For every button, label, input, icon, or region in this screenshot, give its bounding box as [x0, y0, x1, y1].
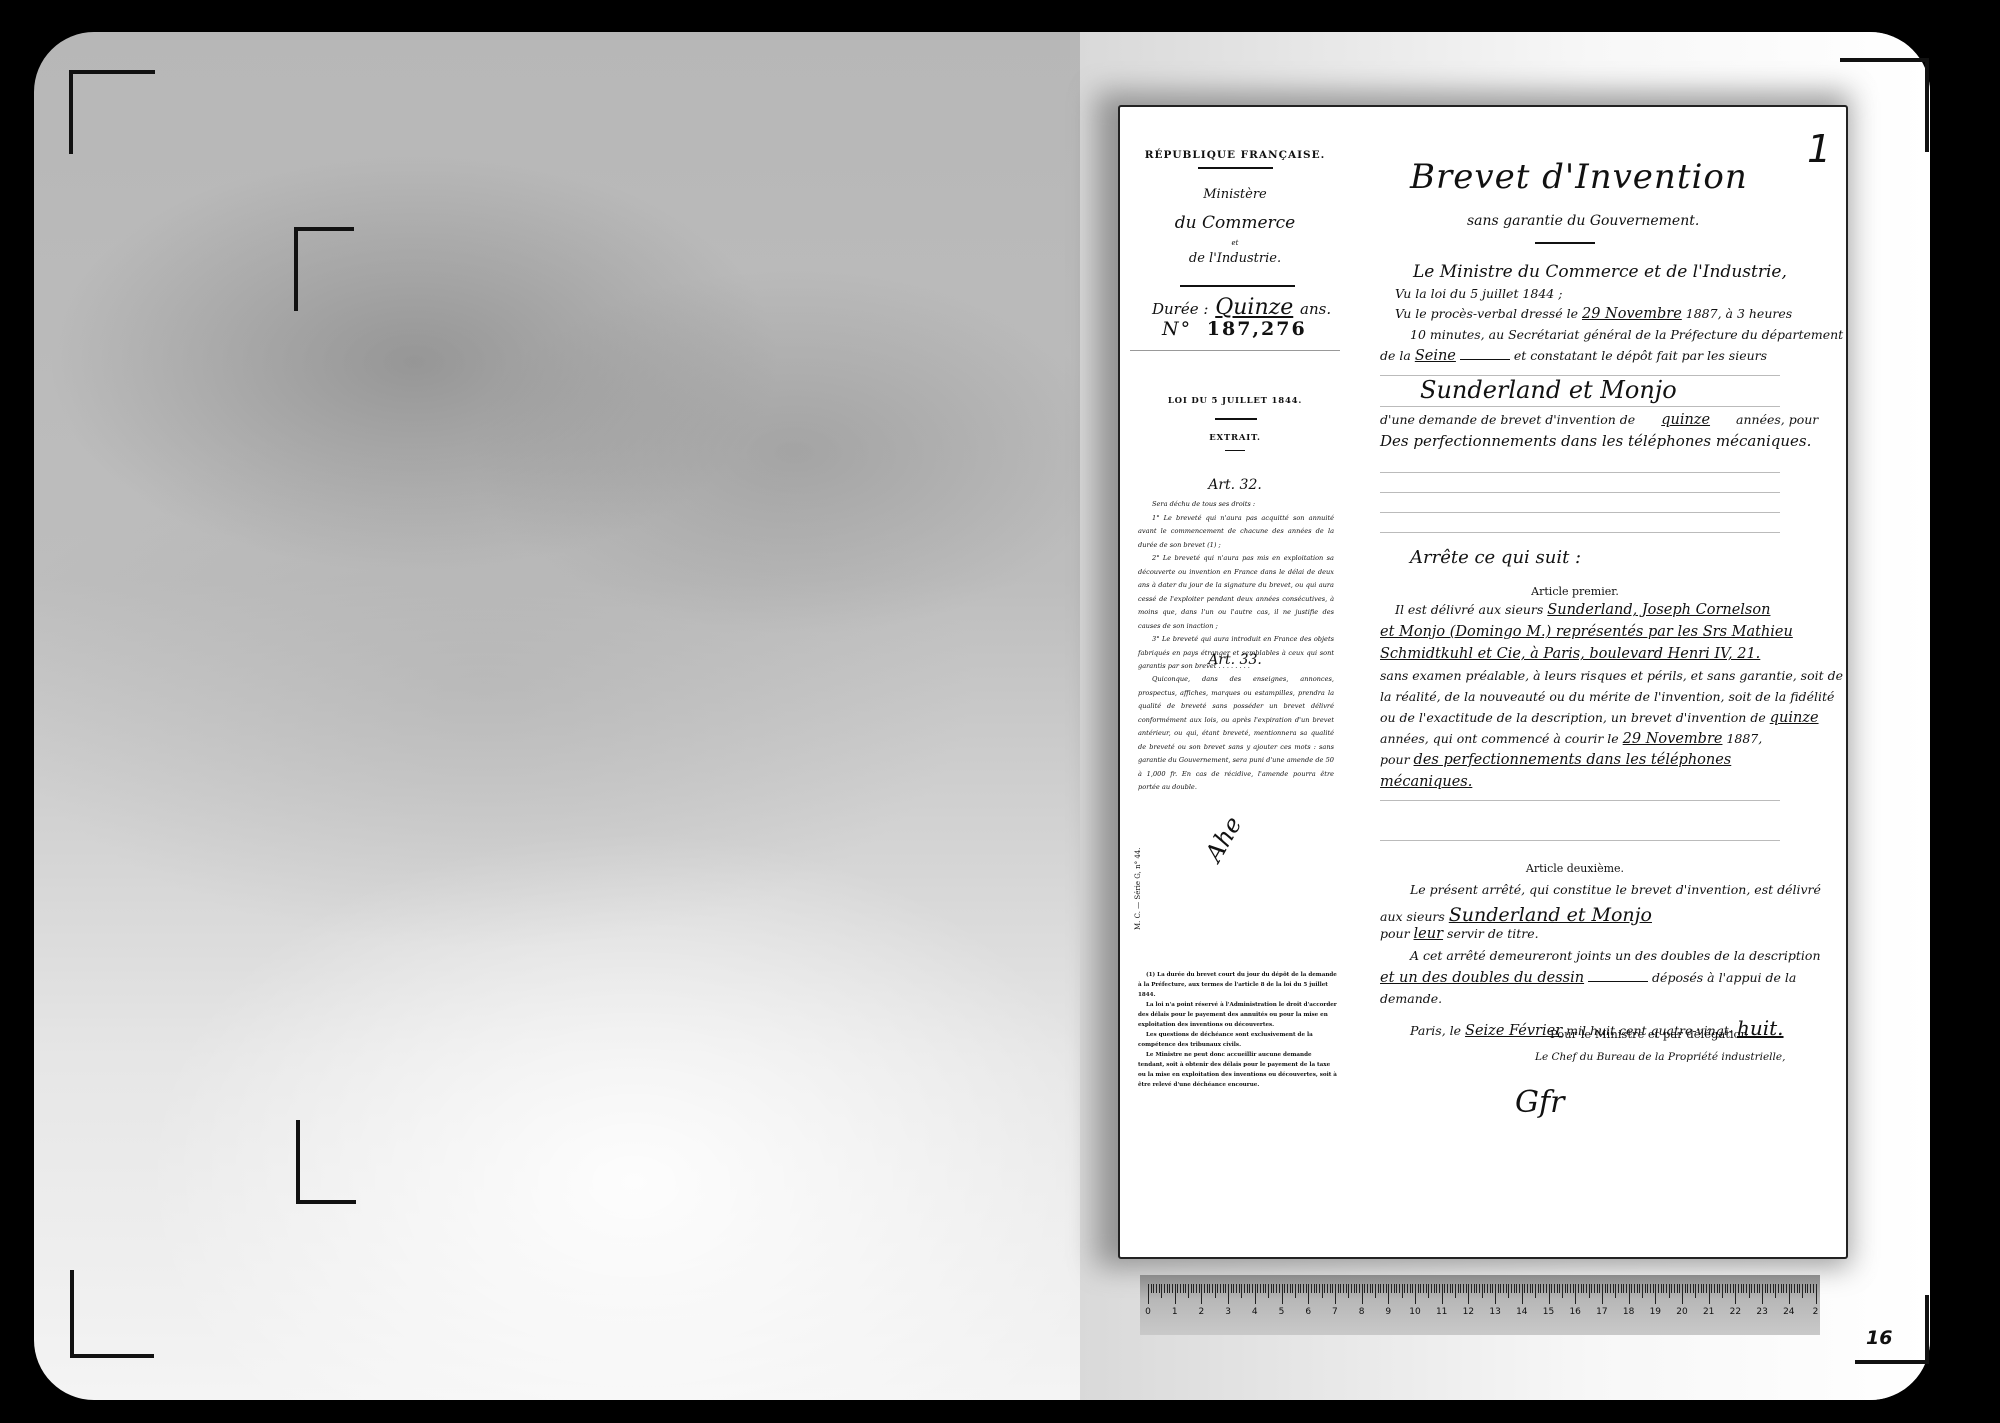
ruler-tick — [1233, 1284, 1234, 1293]
ruler-tick — [1188, 1284, 1189, 1298]
ruler-tick — [1231, 1284, 1232, 1293]
ruler-tick — [1468, 1284, 1469, 1304]
ruler-tick — [1426, 1284, 1427, 1293]
ruler-tick — [1500, 1284, 1501, 1293]
number-value: 187,276 — [1207, 318, 1307, 340]
duration-label: Durée : — [1152, 300, 1208, 318]
ruler-tick — [1597, 1284, 1598, 1293]
ruler-tick — [1559, 1284, 1560, 1293]
ruler-tick — [1348, 1284, 1349, 1298]
footnote: La loi n'a point réservé à l'Administrat… — [1138, 1000, 1338, 1030]
ruler-tick — [1786, 1284, 1787, 1293]
ruler-tick — [1279, 1284, 1280, 1293]
ruler-tick — [1575, 1284, 1576, 1304]
ruler-label: 21 — [1703, 1307, 1714, 1317]
ruler-tick — [1810, 1284, 1811, 1293]
ruler-tick — [1581, 1284, 1582, 1293]
ruler-tick — [1685, 1284, 1686, 1293]
ruler-tick — [1156, 1284, 1157, 1293]
ministry-line1: Ministère — [1130, 187, 1340, 202]
ruler-tick — [1153, 1284, 1154, 1293]
ruler-label: 11 — [1436, 1307, 1447, 1317]
ruler-tick — [1813, 1284, 1814, 1293]
ruler-tick — [1816, 1284, 1817, 1304]
ruler-tick — [1679, 1284, 1680, 1293]
ruler-tick — [1669, 1284, 1670, 1298]
ruler-tick — [1783, 1284, 1784, 1293]
ruler-tick — [1773, 1284, 1774, 1293]
ruler-tick — [1714, 1284, 1715, 1293]
ruler-tick — [1306, 1284, 1307, 1293]
ruler-tick — [1701, 1284, 1702, 1293]
ruler-tick — [1693, 1284, 1694, 1293]
ruler-tick — [1551, 1284, 1552, 1293]
ruler-label: 5 — [1279, 1307, 1285, 1317]
ruler-tick — [1452, 1284, 1453, 1293]
article1-line: pour des perfectionnements dans les télé… — [1380, 752, 1765, 768]
ruler-tick — [1778, 1284, 1779, 1293]
ruler-tick — [1471, 1284, 1472, 1293]
ruler-tick — [1271, 1284, 1272, 1293]
ruler-tick — [1330, 1284, 1331, 1293]
ruler-tick — [1794, 1284, 1795, 1293]
ruler-tick — [1380, 1284, 1381, 1293]
ruler-tick — [1458, 1284, 1459, 1293]
ruler-tick — [1276, 1284, 1277, 1293]
preamble-text: années, pour — [1736, 412, 1818, 427]
ruler-tick — [1164, 1284, 1165, 1293]
ruler-tick — [1738, 1284, 1739, 1293]
duration-value: Quinze — [1215, 295, 1293, 320]
article-text: Le présent arrêté, qui constitue le brev… — [1410, 882, 1821, 897]
ruler-label: 9 — [1385, 1307, 1391, 1317]
article1-line: et Monjo (Domingo M.) représentés par le… — [1380, 624, 1765, 640]
ruler-tick — [1177, 1284, 1178, 1293]
law-title: LOI DU 5 JUILLET 1844. — [1130, 396, 1340, 406]
handwritten-applicants: Sunderland et Monjo — [1449, 904, 1652, 926]
ruler-tick — [1570, 1284, 1571, 1293]
article2-line: aux sieurs Sunderland et Monjo — [1380, 904, 1765, 926]
article-text: pour — [1380, 752, 1410, 767]
handwritten-names: et Monjo (Domingo M.) représentés par le… — [1380, 624, 1793, 640]
handwritten-address: Schmidtkuhl et Cie, à Paris, boulevard H… — [1380, 646, 1760, 662]
ruler-tick — [1749, 1284, 1750, 1298]
crop-mark-top-left — [69, 70, 155, 154]
handwritten-signature: Gfr — [1515, 1085, 1564, 1120]
ruler-tick — [1690, 1284, 1691, 1293]
preamble-line: Vu la loi du 5 juillet 1844 ; — [1395, 286, 1780, 301]
ruler-tick — [1567, 1284, 1568, 1293]
ruler-tick — [1727, 1284, 1728, 1293]
ruler-tick — [1265, 1284, 1266, 1293]
ruler-label: 6 — [1305, 1307, 1311, 1317]
ruler-label: 18 — [1623, 1307, 1634, 1317]
ruler-tick — [1193, 1284, 1194, 1293]
ruler-tick — [1161, 1284, 1162, 1298]
ruler-tick — [1439, 1284, 1440, 1293]
handwritten-names: Sunderland, Joseph Cornelson — [1547, 602, 1770, 618]
ruler-tick — [1220, 1284, 1221, 1293]
ruler-tick — [1244, 1284, 1245, 1293]
ministry-line4: de l'Industrie. — [1130, 251, 1340, 266]
ruler-tick — [1351, 1284, 1352, 1293]
signature-line2: Le Chef du Bureau de la Propriété indust… — [1535, 1051, 1785, 1063]
preamble-line: Vu le procès-verbal dressé le 29 Novembr… — [1395, 306, 1780, 322]
preamble-text: et constatant le dépôt fait par les sieu… — [1514, 348, 1767, 363]
ruler-tick — [1335, 1284, 1336, 1304]
preamble-line: d'une demande de brevet d'invention de q… — [1380, 412, 1765, 428]
ruler-tick — [1196, 1284, 1197, 1293]
ruler-tick — [1292, 1284, 1293, 1293]
ruler-tick — [1530, 1284, 1531, 1293]
ruler-tick — [1578, 1284, 1579, 1293]
ruler-tick — [1591, 1284, 1592, 1293]
page-number-bottom: 16 — [1866, 1327, 1892, 1349]
article1-line: ou de l'exactitude de la description, un… — [1380, 710, 1765, 726]
ruler-tick — [1383, 1284, 1384, 1293]
ruler-tick — [1252, 1284, 1253, 1293]
ruler-tick — [1498, 1284, 1499, 1293]
ruler-tick — [1754, 1284, 1755, 1293]
ruler-tick — [1370, 1284, 1371, 1293]
ruler-tick — [1255, 1284, 1256, 1304]
ruler-tick — [1308, 1284, 1309, 1304]
ruler-tick — [1799, 1284, 1800, 1293]
footnote: Le Ministre ne peut donc accueillir aucu… — [1138, 1050, 1338, 1090]
ruler-tick — [1757, 1284, 1758, 1293]
article2-line: demande. — [1380, 991, 1765, 1006]
ruler-tick — [1522, 1284, 1523, 1304]
ruler-tick — [1204, 1284, 1205, 1293]
ruler-tick — [1463, 1284, 1464, 1293]
ruler-tick — [1802, 1284, 1803, 1298]
ruler-tick — [1725, 1284, 1726, 1293]
handwritten-subject: des perfectionnements dans les téléphone… — [1414, 752, 1732, 768]
ruler-tick — [1781, 1284, 1782, 1293]
ruler-label: 13 — [1489, 1307, 1500, 1317]
ruler-tick — [1484, 1284, 1485, 1293]
ruler-tick — [1535, 1284, 1536, 1298]
art32-paragraph: 1° Le breveté qui n'aura pas acquitté so… — [1138, 512, 1334, 553]
ruler-tick — [1543, 1284, 1544, 1293]
ruler-tick — [1466, 1284, 1467, 1293]
ruler-tick — [1151, 1284, 1152, 1293]
art33-title: Art. 33. — [1130, 652, 1340, 668]
ruler-tick — [1514, 1284, 1515, 1293]
ruler-tick — [1677, 1284, 1678, 1293]
ruler-tick — [1436, 1284, 1437, 1293]
article-text: années, qui ont commencé à courir le — [1380, 731, 1619, 746]
ruler-tick — [1631, 1284, 1632, 1293]
ruler-tick — [1613, 1284, 1614, 1293]
ruler-tick — [1375, 1284, 1376, 1298]
article-text: aux sieurs — [1380, 909, 1445, 924]
decree-heading: Arrête ce qui suit : — [1410, 547, 1581, 568]
article1-title: Article premier. — [1365, 585, 1785, 598]
ruler-tick — [1410, 1284, 1411, 1293]
ruler-tick — [1770, 1284, 1771, 1293]
ruler-tick — [1642, 1284, 1643, 1298]
ruler-tick — [1655, 1284, 1656, 1304]
ruler-tick — [1263, 1284, 1264, 1293]
ruler-tick — [1495, 1284, 1496, 1304]
ruler-tick — [1287, 1284, 1288, 1293]
document-subtitle: sans garantie du Gouvernement. — [1467, 213, 1699, 229]
ruler-tick — [1450, 1284, 1451, 1293]
ruler-tick — [1420, 1284, 1421, 1293]
article1-line: Il est délivré aux sieurs Sunderland, Jo… — [1395, 602, 1780, 618]
ruler-tick — [1332, 1284, 1333, 1293]
ruler-tick — [1298, 1284, 1299, 1293]
handwritten-word: leur — [1414, 926, 1444, 942]
ruler-label: 19 — [1650, 1307, 1661, 1317]
ruler-tick — [1412, 1284, 1413, 1293]
ruler-tick — [1519, 1284, 1520, 1293]
ruler-label: 1 — [1172, 1307, 1178, 1317]
ruler-tick — [1759, 1284, 1760, 1293]
patent-number: N° 187,276 — [1162, 318, 1307, 340]
number-label: N° — [1162, 318, 1192, 340]
ruler-tick — [1508, 1284, 1509, 1298]
ruler-tick — [1257, 1284, 1258, 1293]
ruler-label: 2 — [1199, 1307, 1205, 1317]
ruler-tick — [1562, 1284, 1563, 1298]
preamble-text: de la — [1380, 348, 1411, 363]
ruler-tick — [1236, 1284, 1237, 1293]
article1-line: sans examen préalable, à leurs risques e… — [1380, 668, 1765, 683]
ruler-tick — [1284, 1284, 1285, 1293]
ruler-tick — [1549, 1284, 1550, 1304]
crop-mark-bottom-left — [70, 1270, 154, 1358]
footnote: (1) La durée du brevet court du jour du … — [1138, 970, 1338, 1000]
ruler-tick — [1346, 1284, 1347, 1293]
ruler-tick — [1610, 1284, 1611, 1293]
ruler-tick — [1191, 1284, 1192, 1293]
document-title: Brevet d'Invention — [1410, 157, 1748, 197]
ruler-tick — [1730, 1284, 1731, 1293]
article-text: déposés à l'appui de la — [1652, 970, 1796, 985]
ruler-tick — [1706, 1284, 1707, 1293]
ruler-label: 2 — [1813, 1307, 1819, 1317]
ruled-line — [1380, 800, 1780, 801]
ruler-tick — [1653, 1284, 1654, 1293]
ruler-label: 14 — [1516, 1307, 1527, 1317]
duration-unit: ans. — [1300, 300, 1331, 318]
ruler-tick — [1260, 1284, 1261, 1293]
ruler-tick — [1634, 1284, 1635, 1293]
ruler-tick — [1618, 1284, 1619, 1293]
ruler-tick — [1399, 1284, 1400, 1293]
ruler-tick — [1516, 1284, 1517, 1293]
ruler-tick — [1167, 1284, 1168, 1293]
ruler-tick — [1442, 1284, 1443, 1304]
ruler-tick — [1201, 1284, 1202, 1304]
ruler-tick — [1394, 1284, 1395, 1293]
ruler-tick — [1709, 1284, 1710, 1304]
divider — [1130, 350, 1340, 351]
handwritten-applicants: Sunderland et Monjo — [1420, 376, 1677, 404]
ruler-tick — [1511, 1284, 1512, 1293]
crop-mark-inner-top-left — [294, 227, 354, 311]
ruler-tick — [1460, 1284, 1461, 1293]
ruler-tick — [1340, 1284, 1341, 1293]
ruler-tick — [1743, 1284, 1744, 1293]
ruler-tick — [1169, 1284, 1170, 1293]
republic-heading: RÉPUBLIQUE FRANÇAISE. — [1130, 149, 1340, 161]
ruler-tick — [1711, 1284, 1712, 1293]
ruler-tick — [1479, 1284, 1480, 1293]
ruler-tick — [1423, 1284, 1424, 1293]
ruler-tick — [1359, 1284, 1360, 1293]
divider — [1180, 285, 1295, 287]
ruler-tick — [1455, 1284, 1456, 1298]
ruler-tick — [1311, 1284, 1312, 1293]
ruler-tick — [1607, 1284, 1608, 1293]
ruler-tick — [1241, 1284, 1242, 1298]
ruler-tick — [1751, 1284, 1752, 1293]
ruler-tick — [1316, 1284, 1317, 1293]
ruler-label: 16 — [1569, 1307, 1580, 1317]
ruler-tick — [1647, 1284, 1648, 1293]
ruler-label: 12 — [1463, 1307, 1474, 1317]
ruler-label: 0 — [1145, 1307, 1151, 1317]
ruled-line — [1380, 840, 1780, 841]
ruler-tick — [1621, 1284, 1622, 1293]
ruler-tick — [1364, 1284, 1365, 1293]
ruler-tick — [1626, 1284, 1627, 1293]
divider — [1198, 167, 1273, 169]
handwritten-years: quinze — [1661, 412, 1710, 428]
article-text: Paris, le — [1410, 1023, 1461, 1038]
ruler-tick — [1303, 1284, 1304, 1293]
minister-heading: Le Ministre du Commerce et de l'Industri… — [1413, 262, 1787, 282]
ruler-tick — [1695, 1284, 1696, 1298]
ruler-tick — [1404, 1284, 1405, 1293]
ruler-tick — [1207, 1284, 1208, 1293]
ruler-tick — [1540, 1284, 1541, 1293]
ruler-tick — [1223, 1284, 1224, 1293]
ruler-tick — [1733, 1284, 1734, 1293]
ruler-tick — [1356, 1284, 1357, 1293]
ruler-tick — [1698, 1284, 1699, 1293]
ruler-tick — [1650, 1284, 1651, 1293]
ruler-tick — [1791, 1284, 1792, 1293]
ruler-tick — [1807, 1284, 1808, 1293]
footnote: Les questions de déchéance sont exclusiv… — [1138, 1030, 1338, 1050]
article-text: demande. — [1380, 991, 1442, 1006]
ruler-label: 4 — [1252, 1307, 1258, 1317]
extract-title: EXTRAIT. — [1130, 433, 1340, 443]
ruler-tick — [1527, 1284, 1528, 1293]
ruler-tick — [1282, 1284, 1283, 1304]
ruler-tick — [1396, 1284, 1397, 1293]
ruler-tick — [1797, 1284, 1798, 1293]
ruler-tick — [1362, 1284, 1363, 1304]
ruler-tick — [1605, 1284, 1606, 1293]
art33-paragraph: Quiconque, dans des enseignes, annonces,… — [1138, 673, 1334, 795]
ruler-tick — [1717, 1284, 1718, 1293]
ruler-tick — [1671, 1284, 1672, 1293]
ruler-tick — [1565, 1284, 1566, 1293]
ruler-tick — [1682, 1284, 1683, 1304]
ruler-tick — [1554, 1284, 1555, 1293]
ruler-tick — [1228, 1284, 1229, 1304]
ruler-tick — [1172, 1284, 1173, 1293]
ruler-tick — [1557, 1284, 1558, 1293]
ruler-tick — [1327, 1284, 1328, 1293]
crop-mark-top-right — [1840, 58, 1929, 152]
ruler-tick — [1615, 1284, 1616, 1298]
article2-line: Le présent arrêté, qui constitue le brev… — [1410, 882, 1795, 897]
ruler-tick — [1407, 1284, 1408, 1293]
preamble-text: 1887, à 3 heures — [1686, 306, 1792, 321]
ruler-tick — [1506, 1284, 1507, 1293]
ruler-tick — [1789, 1284, 1790, 1304]
ruler-tick — [1391, 1284, 1392, 1293]
ruler-tick — [1402, 1284, 1403, 1298]
ruler-tick — [1719, 1284, 1720, 1293]
ruler-tick — [1589, 1284, 1590, 1298]
ruler-tick — [1583, 1284, 1584, 1293]
handwritten-years: quinze — [1770, 710, 1819, 726]
ruler-tick — [1741, 1284, 1742, 1293]
ruler-tick — [1217, 1284, 1218, 1293]
series-note: M. C. — Série G, n° 44. — [1134, 848, 1142, 930]
ruler-tick — [1434, 1284, 1435, 1293]
preamble-text: Vu la loi du 5 juillet 1844 ; — [1395, 286, 1562, 301]
ministry-line2: du Commerce — [1130, 213, 1340, 233]
ruler-tick — [1378, 1284, 1379, 1293]
ruler-tick — [1602, 1284, 1603, 1304]
article-text: pour — [1380, 926, 1410, 941]
ruler-tick — [1343, 1284, 1344, 1293]
article-text: la réalité, de la nouveauté ou du mérite… — [1380, 689, 1834, 704]
ruler-tick — [1431, 1284, 1432, 1293]
ruler-tick — [1658, 1284, 1659, 1293]
divider — [1215, 418, 1257, 420]
ruled-line — [1380, 532, 1780, 533]
footnotes: (1) La durée du brevet court du jour du … — [1138, 970, 1338, 1090]
ruler-tick — [1338, 1284, 1339, 1293]
ruler-tick — [1765, 1284, 1766, 1293]
ruler-tick — [1290, 1284, 1291, 1293]
ruler-tick — [1159, 1284, 1160, 1293]
handwritten-annex: et un des doubles du dessin — [1380, 970, 1584, 986]
ruler-tick — [1661, 1284, 1662, 1293]
ruler-tick — [1645, 1284, 1646, 1293]
ruler-tick — [1239, 1284, 1240, 1293]
art33-text: Quiconque, dans des enseignes, annonces,… — [1138, 673, 1334, 795]
ministry-line3: et — [1130, 239, 1340, 247]
crop-mark-inner-bottom-left — [296, 1120, 356, 1204]
divider — [1225, 450, 1245, 451]
ruler-tick — [1148, 1284, 1149, 1304]
preamble-text: Vu le procès-verbal dressé le — [1395, 306, 1578, 321]
ruler-tick — [1273, 1284, 1274, 1293]
ruler-tick — [1209, 1284, 1210, 1293]
ruler-tick — [1324, 1284, 1325, 1293]
ruler-tick — [1482, 1284, 1483, 1298]
ruler-tick — [1199, 1284, 1200, 1293]
ruler-tick — [1354, 1284, 1355, 1293]
art32-title: Art. 32. — [1130, 477, 1340, 493]
ruler-tick — [1444, 1284, 1445, 1293]
art32-text: Sera déchu de tous ses droits : 1° Le br… — [1138, 498, 1334, 674]
ruler-tick — [1594, 1284, 1595, 1293]
signature-line1: Pour le Ministre et par délégation : — [1550, 1027, 1755, 1041]
ruler-tick — [1735, 1284, 1736, 1304]
preamble-line: de la Seine et constatant le dépôt fait … — [1380, 348, 1765, 364]
